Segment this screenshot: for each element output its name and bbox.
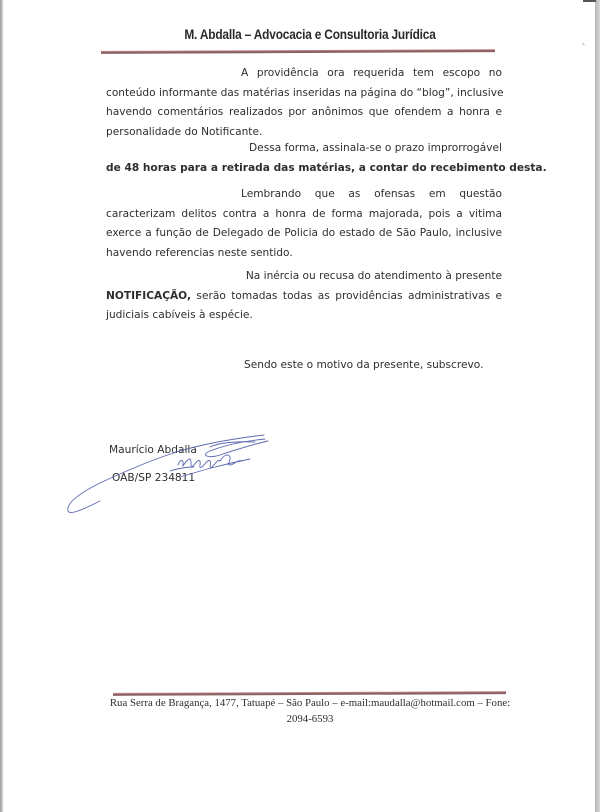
handwritten-signature-icon [60,425,290,525]
scan-edge-mark [583,0,596,2]
closing-sentence: Sendo este o motivo da presente, subscre… [244,359,483,371]
paragraph-deadline: Dessa forma, assinala-se o prazo improrr… [106,139,502,178]
text-line: Na inércia ou recusa do atendimento à pr… [106,267,502,287]
text-line: Dessa forma, assinala-se o prazo improrr… [106,139,502,159]
letterhead-rule [101,49,495,54]
footer-address: Rua Serra de Bragança, 1477, Tatuapé – S… [104,697,516,709]
scan-edge-right [595,0,600,812]
text-line: judiciais cabíveis à espécie. [106,306,502,326]
footer-phone: 2094-6593 [100,713,520,725]
text-line: conteúdo informante das matérias inserid… [106,84,502,104]
scan-speck [583,44,585,46]
text-line-bold: de 48 horas para a retirada das matérias… [106,159,502,179]
document-page: M. Abdalla – Advocacia e Consultoria Jur… [0,0,600,812]
paragraph-scope: A providência ora requerida tem escopo n… [106,64,502,142]
text-line: exerce a função de Delegado de Policia d… [106,224,502,244]
scan-edge-left [0,0,3,812]
text-line: Lembrando que as ofensas em questão [106,185,502,205]
text-line: havendo comentários realizados por anôni… [106,103,502,123]
footer-rule [113,691,506,696]
text-line: caracterizam delitos contra a honra de f… [106,205,502,225]
text-line: havendo referencias neste sentido. [106,244,502,264]
text-line: A providência ora requerida tem escopo n… [106,64,502,84]
text-segment: serão tomadas todas as providências admi… [191,290,502,302]
text-line: NOTIFICAÇÃO, serão tomadas todas as prov… [106,287,502,307]
notification-keyword: NOTIFICAÇÃO, [106,290,191,302]
letterhead-title: M. Abdalla – Advocacia e Consultoria Jur… [125,27,495,42]
paragraph-consequences: Na inércia ou recusa do atendimento à pr… [106,267,502,326]
paragraph-offenses: Lembrando que as ofensas em questão cara… [106,185,502,263]
